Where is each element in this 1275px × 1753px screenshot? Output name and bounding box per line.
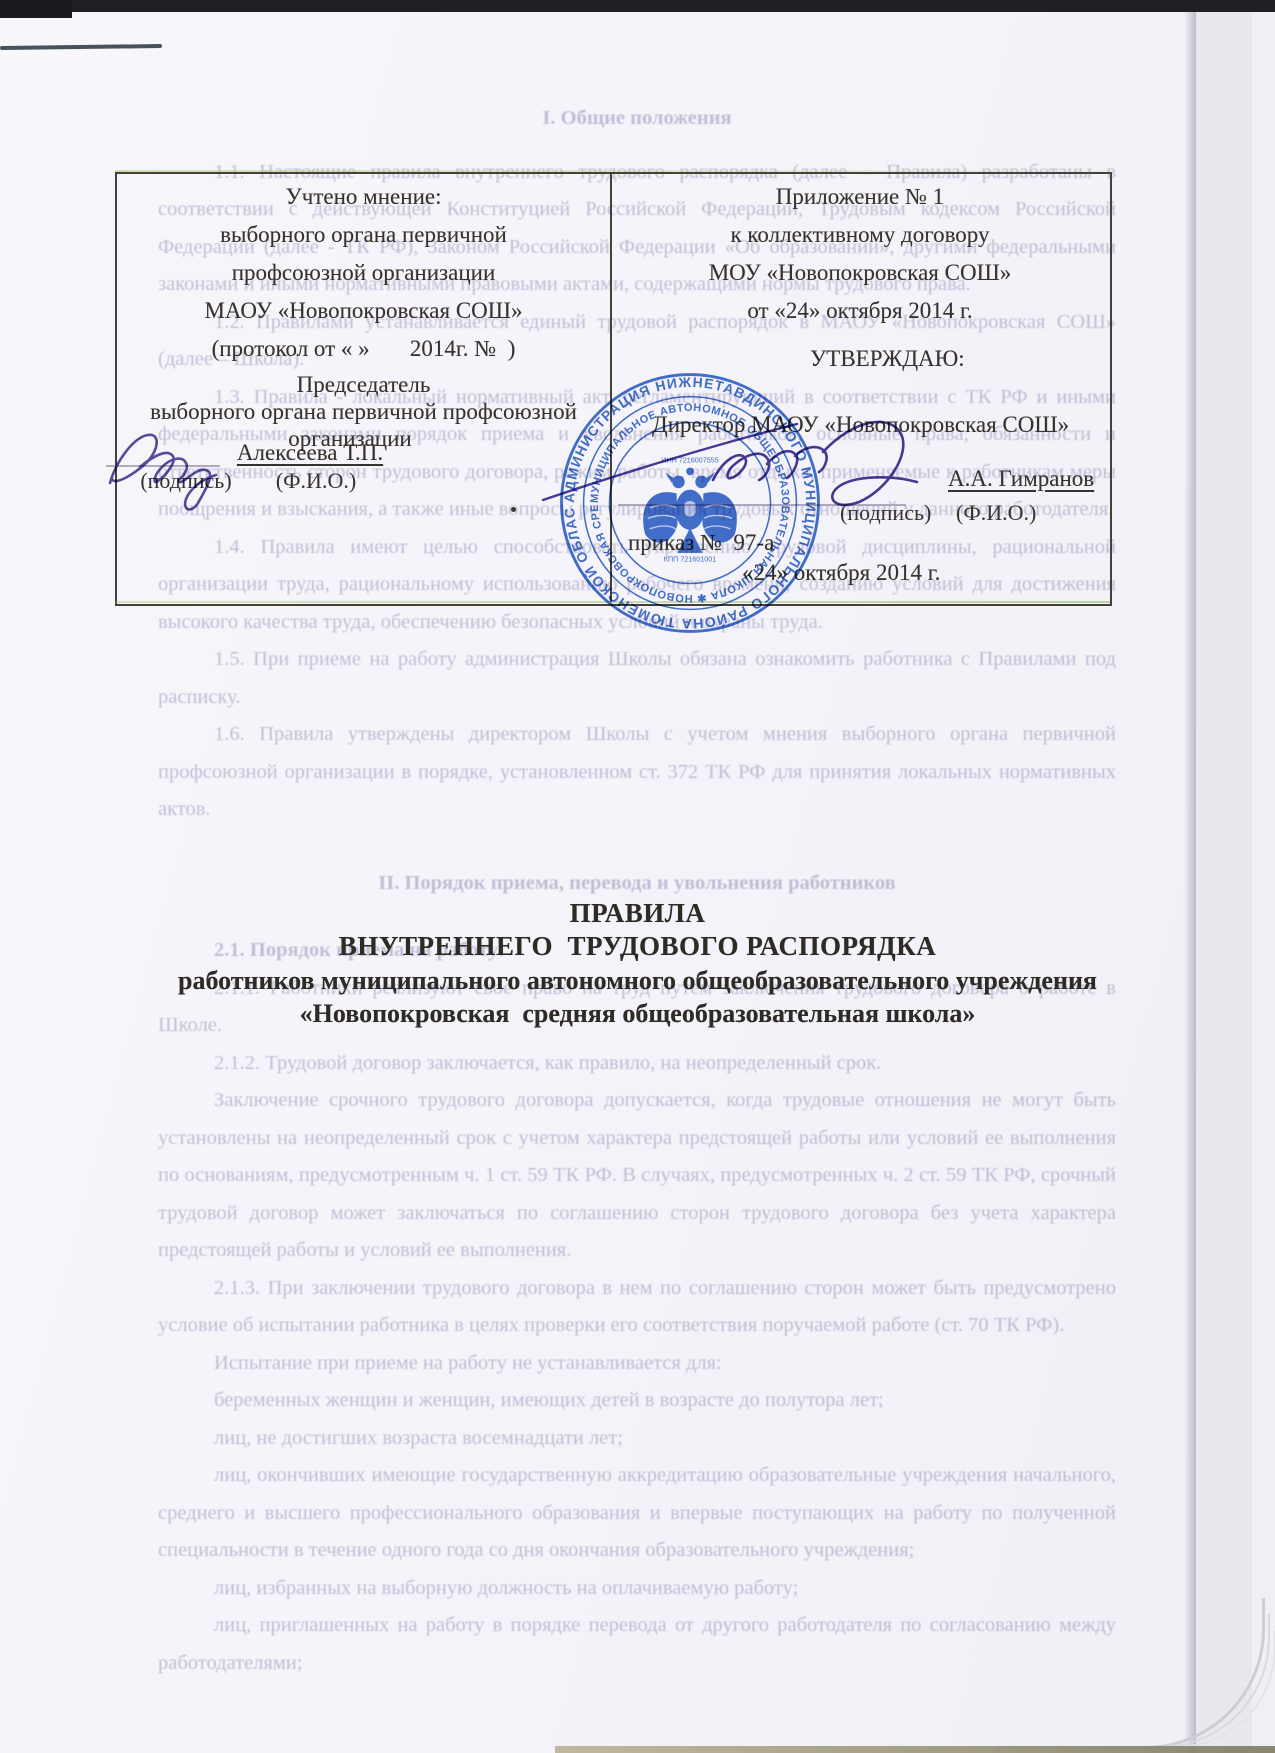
appendix-line: к коллективному договору (612, 222, 1108, 248)
stray-pen-mark (0, 44, 162, 50)
appendix-line: Приложение № 1 (612, 184, 1108, 210)
document-title-line: ПРАВИЛА (115, 898, 1160, 929)
approve-label: УТВЕРЖДАЮ: (810, 346, 965, 372)
scanner-top-edge (0, 0, 1275, 12)
bleedthrough-paragraph: 1.6. Правила утверждены директором Школы… (158, 716, 1116, 829)
union-opinion-line: МАОУ «Новопокровская СОШ» (117, 298, 610, 324)
appendix-line: от «24» октября 2014 г. (612, 298, 1108, 324)
bleedthrough-paragraph: лиц, не достигших возраста восемнадцати … (158, 1420, 1116, 1458)
bleedthrough-paragraph: лиц, приглашенных на работу в порядке пе… (158, 1607, 1116, 1682)
fio-caption: (Ф.И.О.) (956, 500, 1036, 526)
chairman-title-line: Председатель (117, 372, 610, 398)
director-signature (535, 400, 965, 525)
bleedthrough-paragraph: 2.1.3. При заключении трудового договора… (158, 1270, 1116, 1345)
scanner-right-band (1252, 0, 1275, 1753)
union-opinion-line: профсоюзной организации (117, 260, 610, 286)
scanned-document-page: I. Общие положения1.1. Настоящие правила… (0, 0, 1275, 1753)
union-opinion-line: Учтено мнение: (117, 184, 610, 210)
bleedthrough-paragraph: Испытание при приеме на работу не устана… (158, 1345, 1116, 1383)
document-title-line: работников муниципального автономного об… (115, 966, 1160, 996)
bleedthrough-paragraph: лиц, избранных на выборную должность на … (158, 1570, 1116, 1608)
paper-bottom-edge (555, 1746, 1275, 1753)
bleedthrough-paragraph: 2.1.2. Трудовой договор заключается, как… (158, 1045, 1116, 1083)
stray-ink-dot (511, 507, 516, 512)
bleedthrough-paragraph: лиц, окончивших имеющие государственную … (158, 1457, 1116, 1570)
director-name: А.А. Гимранов (948, 466, 1094, 492)
chairman-signature (100, 423, 310, 513)
union-opinion-line: выборного органа первичной (117, 222, 610, 248)
bleedthrough-paragraph: Заключение срочного трудового договора д… (158, 1082, 1116, 1270)
document-title-line: «Новопокровская средняя общеобразователь… (115, 999, 1160, 1029)
bleedthrough-paragraph: беременных женщин и женщин, имеющих дете… (158, 1382, 1116, 1420)
bleedthrough-paragraph: 1.5. При приеме на работу администрация … (158, 641, 1116, 716)
bleedthrough-heading: I. Общие положения (158, 100, 1116, 138)
paper-right-edge-shadow (1184, 0, 1196, 1753)
document-title-line: ВНУТРЕННЕГО ТРУДОВОГО РАСПОРЯДКА (115, 931, 1160, 962)
stamp-kpp-text: КПП 721601001 (664, 555, 716, 563)
bleedthrough-heading: II. Порядок приема, перевода и увольнени… (158, 865, 1116, 903)
scan-color-fringe (115, 170, 1110, 172)
protocol-line: (протокол от « » 2014г. № ) (117, 336, 610, 362)
scanner-top-corner (0, 0, 72, 18)
appendix-line: МОУ «Новопокровская СОШ» (612, 260, 1108, 286)
